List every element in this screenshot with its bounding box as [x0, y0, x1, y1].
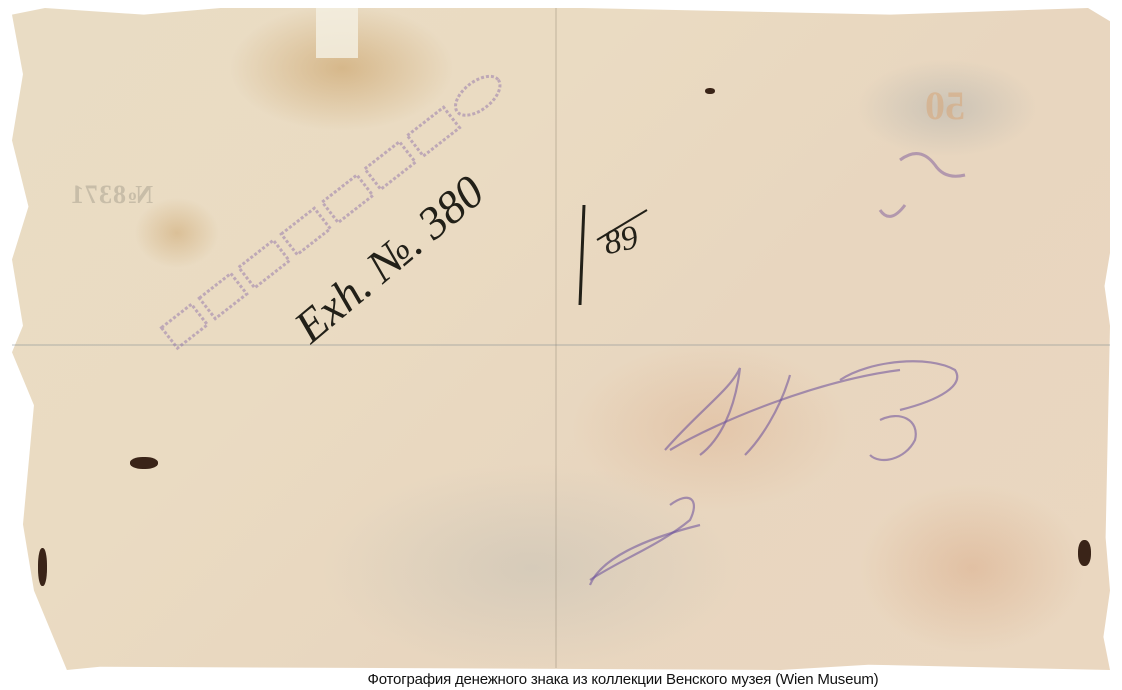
purple-signature — [0, 0, 1122, 690]
paper-patch — [316, 8, 358, 58]
ink-blot — [705, 88, 715, 94]
ink-blot — [1078, 540, 1091, 566]
banknote-photo: №8371 50 — [0, 0, 1122, 690]
ink-blot — [130, 457, 158, 469]
photo-caption: Фотография денежного знака из коллекции … — [0, 671, 1122, 688]
ink-blot — [38, 548, 47, 586]
